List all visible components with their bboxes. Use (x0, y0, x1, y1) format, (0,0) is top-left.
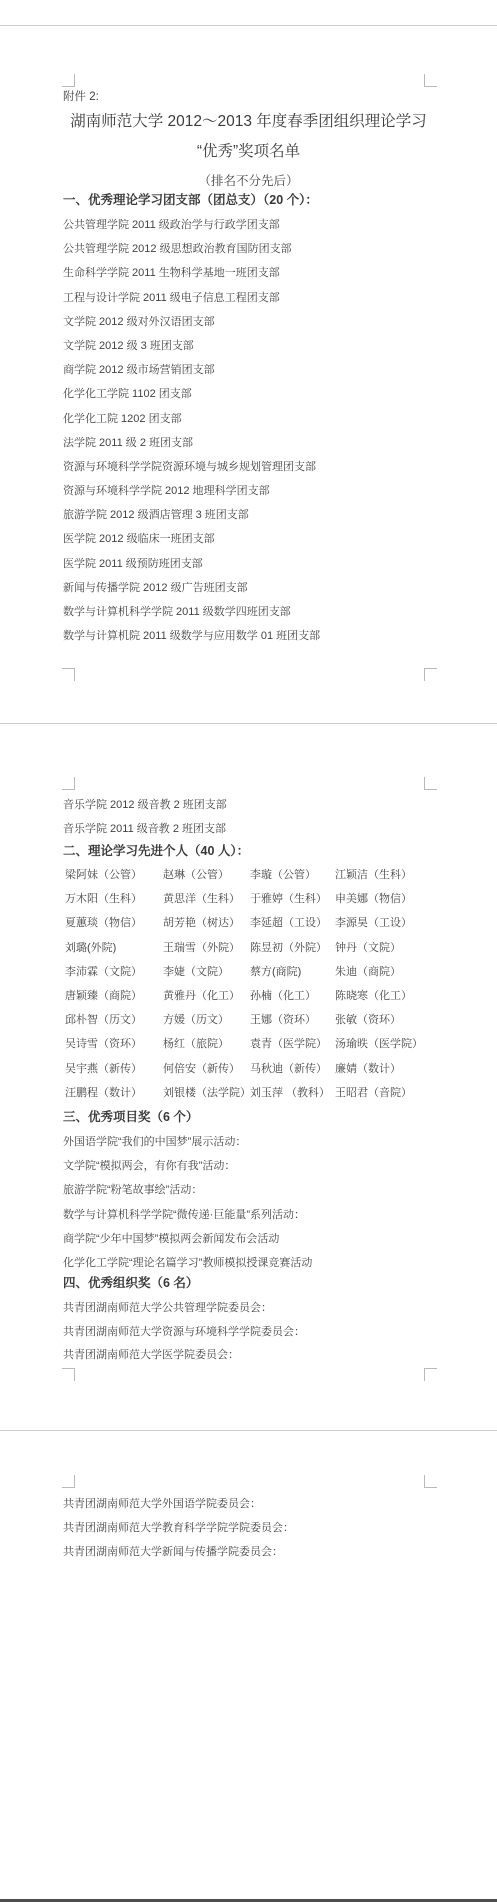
table-row: 梁阿妹（公管） 赵琳（公管） 李璇（公管） 江颖洁（生科） (65, 863, 497, 887)
award-list-item: 资源与环境科学学院 2012 地理科学团支部 (63, 479, 497, 503)
person-name-cell: 李沛霖（文院） (65, 960, 163, 984)
award-list-item: 生命科学学院 2011 生物科学基地一班团支部 (63, 261, 497, 285)
project-award-item: 旅游学院“粉笔故事绘”活动： (63, 1178, 497, 1202)
section-2-heading: 二、理论学习先进个人（40 人）： (63, 842, 249, 860)
person-name-cell: 梁阿妹（公管） (65, 863, 163, 887)
person-name-cell: 蔡方(商院) (250, 960, 335, 984)
margin-corner-mark (62, 777, 75, 790)
margin-corner-mark (424, 1475, 437, 1488)
organization-award-item: 共青团湖南师范大学资源与环境科学学院委员会： (63, 1321, 497, 1345)
person-name-cell: 孙楠（化工） (250, 984, 335, 1008)
project-award-item: 数学与计算机科学学院“微传递·巨能量”系列活动： (63, 1203, 497, 1227)
person-name-cell: 于雅婷（生科） (250, 887, 335, 911)
organization-award-item: 共青团湖南师范大学新闻与传播学院委员会： (63, 1540, 497, 1564)
organization-award-item: 共青团湖南师范大学外国语学院委员会： (63, 1492, 497, 1516)
award-list-item: 工程与设计学院 2011 级电子信息工程团支部 (63, 286, 497, 310)
person-name-cell: 刘玉萍 （教科） (250, 1081, 335, 1105)
table-row: 刘璐(外院) 王瑞雪（外院） 陈昱初（外院） 钟丹（文院） (65, 936, 497, 960)
section-4-list: 共青团湖南师范大学公共管理学院委员会： 共青团湖南师范大学资源与环境科学学院委员… (63, 1297, 497, 1368)
person-name-cell: 邱朴智（历文） (65, 1008, 163, 1032)
person-name-cell: 李源昊（工设） (335, 911, 497, 935)
person-name-cell: 吴宇燕（新传） (65, 1057, 163, 1081)
organization-award-item: 共青团湖南师范大学医学院委员会： (63, 1344, 497, 1368)
person-name-cell: 陈晓寒（化工） (335, 984, 497, 1008)
person-name-cell: 王瑞雪（外院） (163, 936, 250, 960)
document-scroll-view: { "doc": { "attachment": "附件 2:", "title… (0, 0, 497, 1902)
section-4-list-continued: 共青团湖南师范大学外国语学院委员会： 共青团湖南师范大学教育科学学院学院委员会：… (63, 1492, 497, 1564)
table-row: 邱朴智（历文） 方媛（历文） 王娜（资环） 张敏（资环） (65, 1008, 497, 1032)
person-name-cell: 袁青（医学院） (250, 1032, 335, 1056)
margin-corner-mark (62, 668, 75, 681)
table-row: 吴诗雪（资环） 杨红（旅院） 袁青（医学院） 汤瑜昳（医学院） (65, 1032, 497, 1056)
person-name-cell: 刘璐(外院) (65, 936, 163, 960)
person-name-cell: 何倍安（新传） (163, 1057, 250, 1081)
award-list-item: 数学与计算机院 2011 级数学与应用数学 01 班团支部 (63, 624, 497, 648)
project-award-item: 外国语学院“我们的中国梦”展示活动： (63, 1130, 497, 1154)
table-row: 李沛霖（文院） 李婕（文院） 蔡方(商院) 朱迪（商院） (65, 960, 497, 984)
person-name-cell: 江颖洁（生科） (335, 863, 497, 887)
award-list-item: 数学与计算机科学学院 2011 级数学四班团支部 (63, 600, 497, 624)
margin-corner-mark (424, 74, 437, 87)
section-1-list: 公共管理学院 2011 级政治学与行政学团支部 公共管理学院 2012 级思想政… (63, 213, 497, 648)
person-name-cell: 陈昱初（外院） (250, 936, 335, 960)
organization-award-item: 共青团湖南师范大学教育科学学院学院委员会： (63, 1516, 497, 1540)
person-name-cell: 万木阳（生科） (65, 887, 163, 911)
project-award-item: 商学院“少年中国梦”模拟两会新闻发布会活动 (63, 1227, 497, 1251)
award-list-item: 公共管理学院 2012 级思想政治教育国防团支部 (63, 237, 497, 261)
person-name-cell: 夏蕙琰（物信） (65, 911, 163, 935)
person-name-cell: 李婕（文院） (163, 960, 250, 984)
award-list-item: 新闻与传播学院 2012 级广告班团支部 (63, 576, 497, 600)
person-name-cell: 汤瑜昳（医学院） (335, 1032, 497, 1056)
project-award-item: 化学化工学院“理论名篇学习”教师模拟授课竞赛活动 (63, 1251, 497, 1275)
award-list-item: 资源与环境科学学院资源环境与城乡规划管理团支部 (63, 455, 497, 479)
award-list-item: 文学院 2012 级对外汉语团支部 (63, 310, 497, 334)
person-name-cell: 马秋迪（新传） (250, 1057, 335, 1081)
table-row: 汪鹏程（数计） 刘银楼（法学院） 刘玉萍 （教科） 王昭君（音院） (65, 1081, 497, 1105)
award-list-item: 旅游学院 2012 级酒店管理 3 班团支部 (63, 503, 497, 527)
doc-subtitle: （排名不分先后） (0, 172, 497, 190)
margin-corner-mark (62, 1368, 75, 1381)
person-name-cell: 赵琳（公管） (163, 863, 250, 887)
doc-title-line-1: 湖南师范大学 2012～2013 年度春季团组织理论学习 (0, 111, 497, 133)
person-name-cell: 黄思洋（生科） (163, 887, 250, 911)
section-3-list: 外国语学院“我们的中国梦”展示活动： 文学院“模拟两会，有你有我”活动： 旅游学… (63, 1130, 497, 1275)
award-list-item: 医学院 2011 级预防班团支部 (63, 552, 497, 576)
margin-corner-mark (424, 668, 437, 681)
person-name-cell: 吴诗雪（资环） (65, 1032, 163, 1056)
table-row: 唐颖臻（商院） 黄雅丹（化工） 孙楠（化工） 陈晓寒（化工） (65, 984, 497, 1008)
section-1-heading: 一、优秀理论学习团支部（团总支）（20 个）： (63, 191, 318, 209)
person-name-cell: 汪鹏程（数计） (65, 1081, 163, 1105)
project-award-item: 文学院“模拟两会，有你有我”活动： (63, 1154, 497, 1178)
margin-corner-mark (62, 1475, 75, 1488)
award-list-item: 医学院 2012 级临床一班团支部 (63, 527, 497, 551)
person-name-cell: 张敏（资环） (335, 1008, 497, 1032)
award-list-item: 法学院 2011 级 2 班团支部 (63, 431, 497, 455)
award-list-item: 化学化工院 1202 团支部 (63, 407, 497, 431)
person-name-cell: 朱迪（商院） (335, 960, 497, 984)
award-list-item: 化学化工学院 1102 团支部 (63, 382, 497, 406)
person-name-cell: 李延超（工设） (250, 911, 335, 935)
page-1: 附件 2: 湖南师范大学 2012～2013 年度春季团组织理论学习 “优秀”奖… (0, 26, 497, 723)
doc-title-line-2: “优秀”奖项名单 (0, 141, 497, 163)
person-name-cell: 申美娜（物信） (335, 887, 497, 911)
margin-corner-mark (424, 777, 437, 790)
person-name-cell: 杨红（旅院） (163, 1032, 250, 1056)
organization-award-item: 共青团湖南师范大学公共管理学院委员会： (63, 1297, 497, 1321)
page-3: 共青团湖南师范大学外国语学院委员会： 共青团湖南师范大学教育科学学院学院委员会：… (0, 1431, 497, 1899)
margin-corner-mark (424, 1368, 437, 1381)
person-name-cell: 李璇（公管） (250, 863, 335, 887)
person-name-cell: 刘银楼（法学院） (163, 1081, 250, 1105)
person-name-cell: 唐颖臻（商院） (65, 984, 163, 1008)
table-row: 吴宇燕（新传） 何倍安（新传） 马秋迪（新传） 廉婧（数计） (65, 1057, 497, 1081)
table-row: 夏蕙琰（物信） 胡芳艳（树达） 李延超（工设） 李源昊（工设） (65, 911, 497, 935)
award-list-item: 音乐学院 2011 级音教 2 班团支部 (63, 817, 497, 841)
person-name-cell: 钟丹（文院） (335, 936, 497, 960)
person-name-cell: 王娜（资环） (250, 1008, 335, 1032)
attachment-label: 附件 2: (63, 89, 99, 106)
margin-corner-mark (62, 74, 75, 87)
award-list-item: 商学院 2012 级市场营销团支部 (63, 358, 497, 382)
section-4-heading: 四、优秀组织奖（6 名） (63, 1274, 198, 1292)
person-name-cell: 方媛（历文） (163, 1008, 250, 1032)
person-name-cell: 胡芳艳（树达） (163, 911, 250, 935)
person-name-cell: 廉婧（数计） (335, 1057, 497, 1081)
award-list-item: 文学院 2012 级 3 班团支部 (63, 334, 497, 358)
table-row: 万木阳（生科） 黄思洋（生科） 于雅婷（生科） 申美娜（物信） (65, 887, 497, 911)
award-list-item: 公共管理学院 2011 级政治学与行政学团支部 (63, 213, 497, 237)
person-name-cell: 黄雅丹（化工） (163, 984, 250, 1008)
section-3-heading: 三、优秀项目奖（6 个） (63, 1108, 198, 1126)
page-2: 音乐学院 2012 级音教 2 班团支部 音乐学院 2011 级音教 2 班团支… (0, 724, 497, 1430)
person-name-cell: 王昭君（音院） (335, 1081, 497, 1105)
award-list-item: 音乐学院 2012 级音教 2 班团支部 (63, 793, 497, 817)
section-1-list-continued: 音乐学院 2012 级音教 2 班团支部 音乐学院 2011 级音教 2 班团支… (63, 793, 497, 841)
section-2-name-table: 梁阿妹（公管） 赵琳（公管） 李璇（公管） 江颖洁（生科） 万木阳（生科） 黄思… (65, 863, 497, 1105)
